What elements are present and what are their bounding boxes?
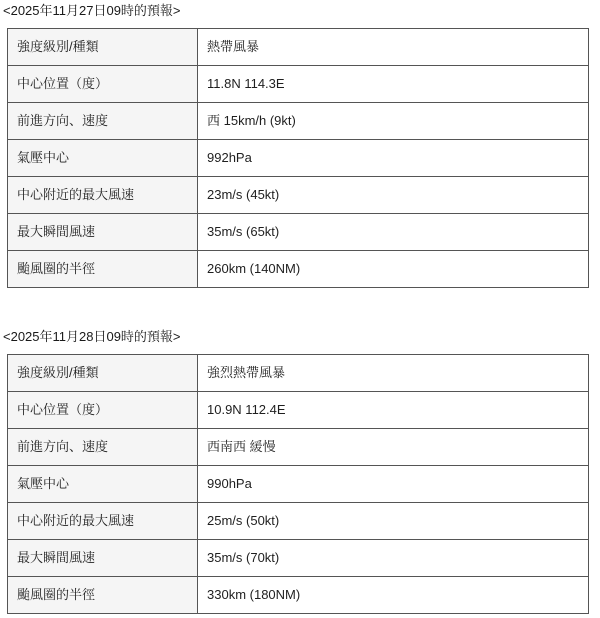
- row-value: 23m/s (45kt): [198, 177, 589, 214]
- table-row-pressure: 氣壓中心 990hPa: [8, 466, 589, 503]
- row-label: 中心附近的最大風速: [8, 503, 198, 540]
- row-value: 10.9N 112.4E: [198, 392, 589, 429]
- forecast-section-day1: <2025年11月27日09時的預報> 強度級別/種類 熱帶風暴 中心位置（度）…: [3, 2, 600, 288]
- row-label: 前進方向、速度: [8, 429, 198, 466]
- forecast-table-day1: 強度級別/種類 熱帶風暴 中心位置（度） 11.8N 114.3E 前進方向、速…: [7, 28, 589, 288]
- table-row-position: 中心位置（度） 10.9N 112.4E: [8, 392, 589, 429]
- forecast-section-day2: <2025年11月28日09時的預報> 強度級別/種類 強烈熱帶風暴 中心位置（…: [3, 328, 600, 614]
- table-row-gust: 最大瞬間風速 35m/s (70kt): [8, 540, 589, 577]
- forecast-table-day2: 強度級別/種類 強烈熱帶風暴 中心位置（度） 10.9N 112.4E 前進方向…: [7, 354, 589, 614]
- table-row-movement: 前進方向、速度 西南西 緩慢: [8, 429, 589, 466]
- row-value: 992hPa: [198, 140, 589, 177]
- row-label: 颱風圈的半徑: [8, 577, 198, 614]
- row-value: 35m/s (65kt): [198, 214, 589, 251]
- table-row-movement: 前進方向、速度 西 15km/h (9kt): [8, 103, 589, 140]
- row-label: 強度級別/種類: [8, 29, 198, 66]
- table-row-radius: 颱風圈的半徑 330km (180NM): [8, 577, 589, 614]
- row-value: 西南西 緩慢: [198, 429, 589, 466]
- forecast-page: <2025年11月27日09時的預報> 強度級別/種類 熱帶風暴 中心位置（度）…: [0, 0, 600, 618]
- row-label: 氣壓中心: [8, 466, 198, 503]
- row-value: 熱帶風暴: [198, 29, 589, 66]
- row-label: 前進方向、速度: [8, 103, 198, 140]
- table-row-intensity: 強度級別/種類 熱帶風暴: [8, 29, 589, 66]
- row-value: 35m/s (70kt): [198, 540, 589, 577]
- table-row-radius: 颱風圈的半徑 260km (140NM): [8, 251, 589, 288]
- table-row-max-wind: 中心附近的最大風速 23m/s (45kt): [8, 177, 589, 214]
- row-label: 中心位置（度）: [8, 392, 198, 429]
- table-row-position: 中心位置（度） 11.8N 114.3E: [8, 66, 589, 103]
- forecast-caption-day2: <2025年11月28日09時的預報>: [3, 328, 600, 346]
- row-value: 西 15km/h (9kt): [198, 103, 589, 140]
- table-row-max-wind: 中心附近的最大風速 25m/s (50kt): [8, 503, 589, 540]
- table-row-gust: 最大瞬間風速 35m/s (65kt): [8, 214, 589, 251]
- row-value: 990hPa: [198, 466, 589, 503]
- table-row-pressure: 氣壓中心 992hPa: [8, 140, 589, 177]
- row-value: 260km (140NM): [198, 251, 589, 288]
- row-value: 11.8N 114.3E: [198, 66, 589, 103]
- row-label: 強度級別/種類: [8, 355, 198, 392]
- row-label: 最大瞬間風速: [8, 540, 198, 577]
- row-label: 中心附近的最大風速: [8, 177, 198, 214]
- forecast-caption-day1: <2025年11月27日09時的預報>: [3, 2, 600, 20]
- row-value: 強烈熱帶風暴: [198, 355, 589, 392]
- table-row-intensity: 強度級別/種類 強烈熱帶風暴: [8, 355, 589, 392]
- row-label: 氣壓中心: [8, 140, 198, 177]
- row-value: 25m/s (50kt): [198, 503, 589, 540]
- row-value: 330km (180NM): [198, 577, 589, 614]
- row-label: 最大瞬間風速: [8, 214, 198, 251]
- row-label: 颱風圈的半徑: [8, 251, 198, 288]
- row-label: 中心位置（度）: [8, 66, 198, 103]
